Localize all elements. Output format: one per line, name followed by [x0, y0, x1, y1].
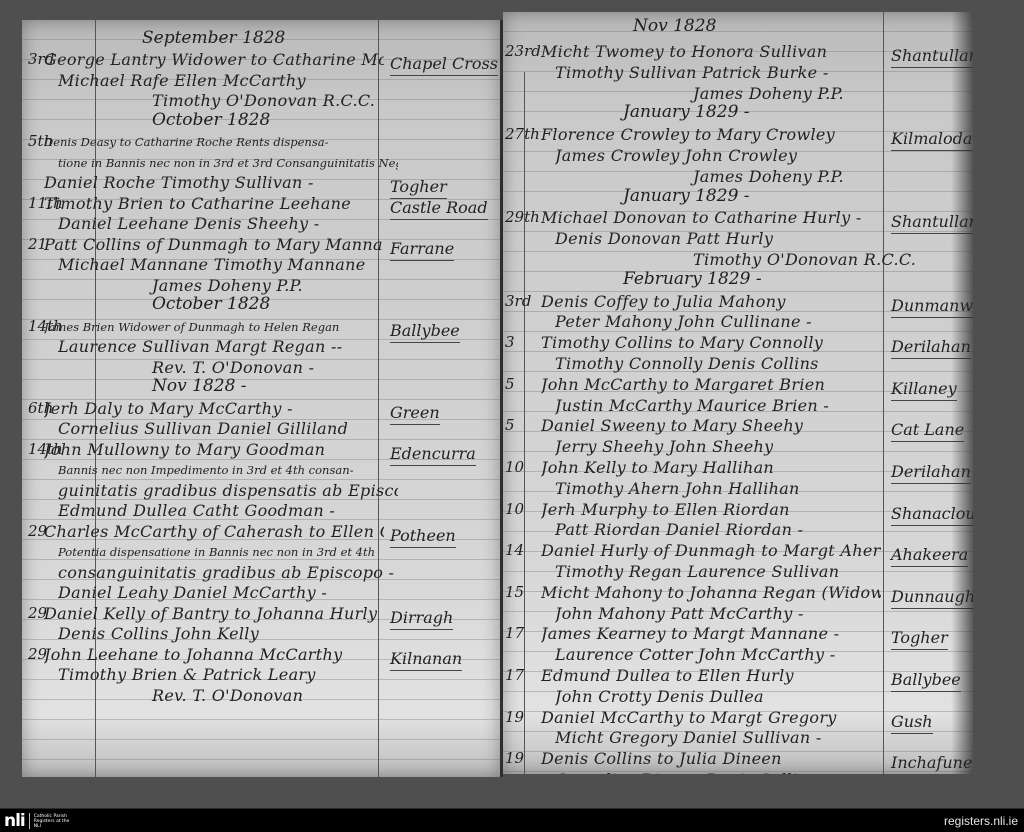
entry-date: 3rd: [505, 292, 531, 310]
entry-witnesses: guinitatis gradibus dispensatis ab Episc…: [58, 481, 398, 500]
image-viewer[interactable]: September 18283rdGeorge Lantry Widower t…: [0, 0, 1024, 808]
entry-witnesses: John Crotty Denis Dullea: [555, 687, 764, 706]
entry-parties: James Kearney to Margt Mannane -: [541, 624, 839, 643]
entry-date: 3: [505, 333, 515, 351]
entry-parties: Daniel McCarthy to Margt Gregory: [541, 708, 837, 727]
entry-townland: Shantullane: [891, 46, 973, 68]
entry-parties: Micht Twomey to Honora Sullivan: [541, 42, 827, 61]
entry-date: 10: [505, 458, 524, 476]
entry-townland: Ballybee: [390, 321, 460, 343]
place-margin-line: [883, 12, 884, 774]
entry-witnesses: Michael Rafe Ellen McCarthy: [58, 71, 306, 90]
entry-townland: Potheen: [390, 526, 456, 548]
register-page-left: September 18283rdGeorge Lantry Widower t…: [22, 20, 503, 777]
entry-date: 5: [505, 416, 515, 434]
entry-townland: Dirragh: [390, 608, 453, 630]
entry-witnesses: Laurence Cotter John McCarthy -: [555, 645, 835, 664]
officiant-signature: Timothy O'Donovan R.C.C.: [693, 250, 916, 269]
register-page-right: Nov 182823rdMicht Twomey to Honora Sulli…: [503, 12, 973, 774]
entry-townland: Farrane: [390, 239, 454, 261]
entry-townland: Shanaclough: [891, 504, 973, 526]
month-header: Nov 1828: [633, 16, 716, 36]
entry-date: 19: [505, 749, 524, 767]
entry-townland: Green: [390, 403, 440, 425]
entry-townland: Killaney: [891, 379, 957, 401]
entry-parties: Daniel Kelly of Bantry to Johanna Hurly: [44, 604, 377, 623]
entry-townland: Derilahan: [891, 462, 971, 484]
month-header: Nov 1828 -: [152, 376, 247, 396]
entry-witnesses: Timothy Brien & Patrick Leary: [58, 665, 316, 684]
entry-townland: Kilmaloda: [891, 129, 972, 151]
entry-townland: Chapel Cross: [390, 54, 498, 76]
entry-parties: Timothy Collins to Mary Connolly: [541, 333, 823, 352]
entry-parties: Denis Collins to Julia Dineen: [541, 749, 782, 768]
entry-townland: Edencurra: [390, 444, 476, 466]
entry-parties: John McCarthy to Margaret Brien: [541, 375, 825, 394]
entry-witnesses: Timothy Sullivan Patrick Burke -: [555, 63, 829, 82]
entry-townland: Ahakeera: [891, 545, 968, 567]
entry-witnesses: consanguinitatis gradibus ab Episcopo -: [58, 563, 394, 582]
entry-witnesses: Cornelius Dineen Denis Collins: [555, 770, 816, 774]
entry-date: 17: [505, 666, 524, 684]
entry-townland: Derilahan: [891, 337, 971, 359]
entry-parties: John Kelly to Mary Hallihan: [541, 458, 774, 477]
entry-date: 23rd: [505, 42, 541, 60]
place-margin-line: [378, 20, 379, 777]
entry-parties: Denis Deasy to Catharine Roche Rents dis…: [44, 135, 329, 149]
entry-townland: Dunmanway: [891, 296, 973, 318]
entry-parties: Jerh Daly to Mary McCarthy -: [44, 399, 293, 418]
entry-date: 10: [505, 500, 524, 518]
entry-witnesses: Timothy Ahern John Hallihan: [555, 479, 800, 498]
date-margin-line: [524, 72, 525, 774]
entry-townland: Togher: [390, 177, 447, 199]
entry-witnesses: Daniel Leehane Denis Sheehy -: [58, 214, 319, 233]
entry-parties: Patt Collins of Dunmagh to Mary Mannane: [44, 235, 384, 254]
entry-witnesses: John Mahony Patt McCarthy -: [555, 604, 804, 623]
entry-townland: Ballybee: [891, 670, 961, 692]
entry-witnesses: James Crowley John Crowley: [555, 146, 797, 165]
entry-parties: Michael Donovan to Catharine Hurly -: [541, 208, 862, 227]
month-header: January 1829 -: [623, 102, 750, 122]
month-header: February 1829 -: [623, 269, 762, 289]
entry-townland: Castle Road: [390, 198, 488, 220]
entry-townland: Cat Lane: [891, 420, 964, 442]
entry-parties: Daniel Sweeny to Mary Sheehy: [541, 416, 803, 435]
entry-parties: Charles McCarthy of Caherash to Ellen Qu…: [44, 522, 384, 541]
entry-witnesses: Jerry Sheehy John Sheehy: [555, 437, 773, 456]
entry-parties: George Lantry Widower to Catharine McCar…: [44, 50, 384, 69]
officiant-signature: James Doheny P.P.: [152, 276, 303, 295]
entry-witnesses: Michael Mannane Timothy Mannane: [58, 255, 366, 274]
entry-townland: Inchafune: [891, 753, 972, 774]
entry-date: 29th: [505, 208, 540, 226]
entry-witnesses: Justin McCarthy Maurice Brien -: [555, 396, 829, 415]
entry-townland: Shantullane: [891, 212, 973, 234]
entry-witnesses: Potentia dispensatione in Bannis nec non…: [58, 545, 375, 559]
entry-witnesses: Patt Riordan Daniel Riordan -: [555, 520, 803, 539]
entry-parties: Timothy Brien to Catharine Leehane: [44, 194, 351, 213]
entry-parties: John Leehane to Johanna McCarthy: [44, 645, 342, 664]
officiant-signature: Rev. T. O'Donovan: [152, 686, 303, 705]
officiant-signature: Rev. T. O'Donovan -: [152, 358, 314, 377]
entry-witnesses: Micht Gregory Daniel Sullivan -: [555, 728, 822, 747]
entry-parties: Denis Coffey to Julia Mahony: [541, 292, 786, 311]
entry-townland: Dunnaugha: [891, 587, 973, 609]
entry-townland: Gush: [891, 712, 933, 734]
site-link[interactable]: registers.nli.ie: [944, 814, 1018, 828]
entry-parties: Jerh Murphy to Ellen Riordan: [541, 500, 790, 519]
entry-date: 15: [505, 583, 524, 601]
nli-logo[interactable]: nli Catholic Parish Registers at the NLI: [4, 812, 74, 830]
entry-date: 27th: [505, 125, 540, 143]
month-header: January 1829 -: [623, 186, 750, 206]
entry-witnesses: Timothy Regan Laurence Sullivan: [555, 562, 839, 581]
entry-parties: Daniel Hurly of Dunmagh to Margt Ahern: [541, 541, 881, 560]
entry-parties: Edmund Dullea to Ellen Hurly: [541, 666, 794, 685]
officiant-signature: Timothy O'Donovan R.C.C.: [152, 91, 375, 110]
footer-bar: nli Catholic Parish Registers at the NLI…: [0, 808, 1024, 832]
entry-parties: Florence Crowley to Mary Crowley: [541, 125, 835, 144]
entry-witnesses: Bannis nec non Impedimento in 3rd et 4th…: [58, 463, 354, 477]
entry-parties: John Mullowny to Mary Goodman: [44, 440, 325, 459]
entry-witnesses: tione in Bannis nec non in 3rd et 3rd Co…: [58, 156, 398, 170]
entry-witnesses: Peter Mahony John Cullinane -: [555, 312, 812, 331]
nli-logo-mark: nli: [4, 812, 25, 830]
month-header: October 1828: [152, 110, 270, 130]
entry-witnesses: Denis Collins John Kelly: [58, 624, 259, 643]
entry-date: 14: [505, 541, 524, 559]
month-header: October 1828: [152, 294, 270, 314]
month-header: September 1828: [142, 28, 285, 48]
entry-date: 17: [505, 624, 524, 642]
entry-witnesses: Denis Donovan Patt Hurly: [555, 229, 773, 248]
entry-witnesses: Edmund Dullea Catht Goodman -: [58, 501, 335, 520]
entry-witnesses: Timothy Connolly Denis Collins: [555, 354, 819, 373]
entry-parties: Daniel Roche Timothy Sullivan -: [44, 173, 314, 192]
entry-townland: Kilnanan: [390, 649, 462, 671]
entry-townland: Togher: [891, 628, 948, 650]
entry-date: 5: [505, 375, 515, 393]
logo-caption: Catholic Parish Registers at the NLI: [34, 814, 74, 829]
entry-parties: Micht Mahony to Johanna Regan (Widow): [541, 583, 881, 602]
entry-witnesses: Daniel Leahy Daniel McCarthy -: [58, 583, 327, 602]
entry-date: 19: [505, 708, 524, 726]
logo-divider: [29, 813, 30, 829]
officiant-signature: James Doheny P.P.: [693, 167, 844, 186]
entry-witnesses: Cornelius Sullivan Daniel Gilliland: [58, 419, 348, 438]
entry-witnesses: Laurence Sullivan Margt Regan --: [58, 337, 342, 356]
entry-parties: James Brien Widower of Dunmagh to Helen …: [44, 320, 339, 334]
officiant-signature: James Doheny P.P.: [693, 84, 844, 103]
